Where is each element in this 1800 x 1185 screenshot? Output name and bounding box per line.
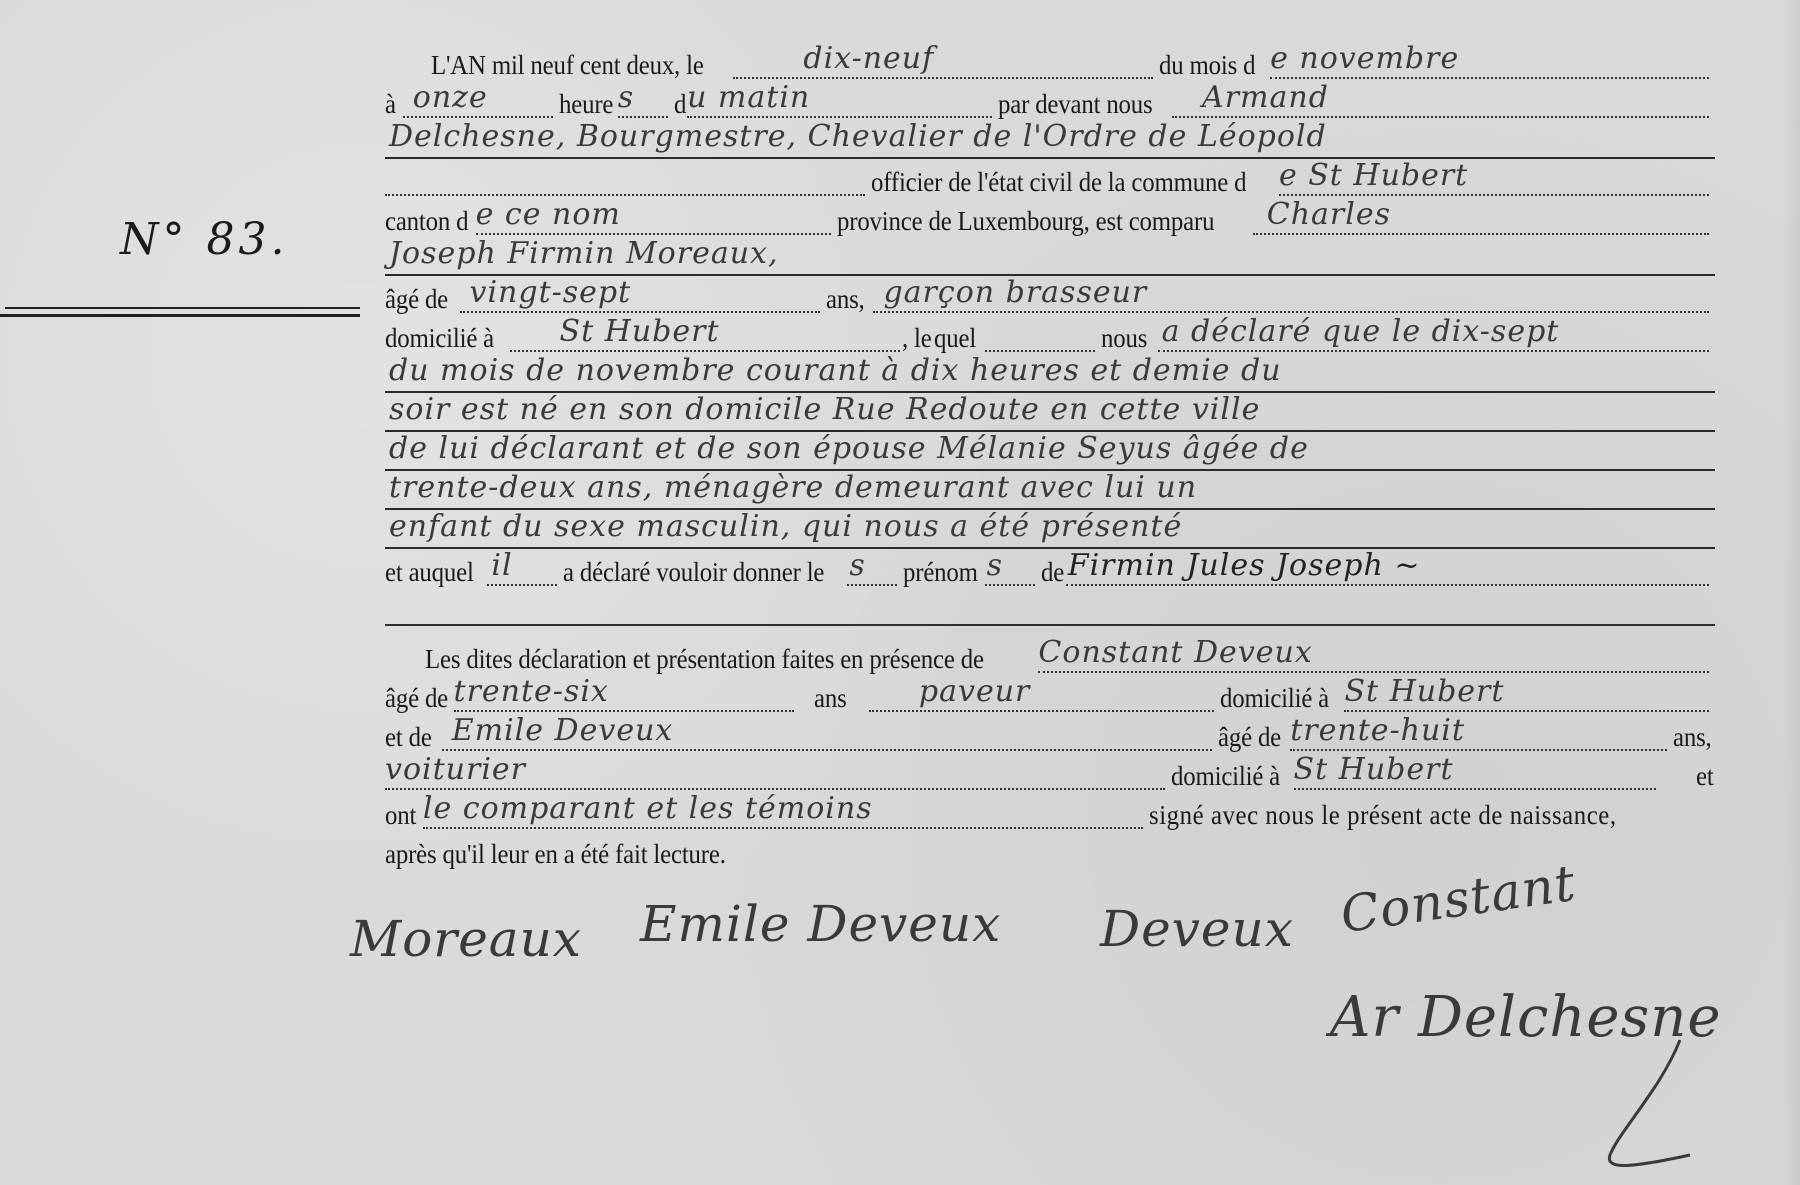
field-pronoun[interactable]: il <box>487 545 557 586</box>
handwritten-officer-first: Armand <box>1172 83 1339 116</box>
handwritten-witness-1-profession: paveur <box>869 677 1040 710</box>
handwritten-witness-2-age: trente-huit <box>1290 716 1475 749</box>
printed-text: , le <box>902 325 932 352</box>
register-number: N° 83. <box>120 214 288 265</box>
field-declarant-profession[interactable]: garçon brasseur <box>873 272 1709 313</box>
printed-text: et auquel <box>385 559 474 586</box>
handwritten-declaration-start: a déclaré que le dix-sept <box>1158 317 1570 350</box>
line-declarant-age: âgé de vingt-sept ans, garçon brasseur <box>385 274 1715 313</box>
printed-text: par devant nous <box>998 91 1153 118</box>
field-officer-first[interactable]: Armand <box>1172 77 1709 118</box>
line-hour: à onze heure s d u matin par devant nous… <box>385 79 1715 118</box>
signature-witness-2: Emile Deveux <box>640 895 1001 953</box>
printed-text: officier de l'état civil de la commune d <box>871 169 1246 196</box>
line-declaration-4[interactable]: trente-deux ans, ménagère demeurant avec… <box>385 469 1715 510</box>
printed-text: ont <box>385 802 416 829</box>
handwritten-pronoun: il <box>487 551 522 584</box>
line-commune: officier de l'état civil de la commune d… <box>385 157 1715 196</box>
printed-text: canton d <box>385 208 468 235</box>
handwritten-declaration-3: de lui déclarant et de son épouse Mélani… <box>385 431 1319 469</box>
printed-text: ans, <box>1673 724 1712 751</box>
handwritten-witness-2-profession: voiturier <box>385 755 536 788</box>
handwritten-declaration-1: du mois de novembre courant à dix heures… <box>385 353 1292 391</box>
line-witness-2: et de Emile Deveux âgé de trente-huit an… <box>385 712 1715 751</box>
field-commune[interactable]: e St Hubert <box>1279 155 1709 196</box>
field-officer-continued[interactable] <box>385 155 865 196</box>
field-declarant-age[interactable]: vingt-sept <box>460 272 820 313</box>
printed-text: ans, <box>826 286 865 313</box>
field-declarant-domicile[interactable]: St Hubert <box>510 311 900 352</box>
page-edge-shadow <box>1782 0 1800 1185</box>
printed-text: et de <box>385 724 432 751</box>
handwritten-period: u matin <box>687 83 820 116</box>
printed-text: domicilié à <box>1220 685 1329 712</box>
field-witness-2-domicile[interactable]: St Hubert <box>1294 749 1656 790</box>
margin-double-rule-top <box>5 307 360 309</box>
handwritten-declarant-age: vingt-sept <box>460 278 642 311</box>
handwritten-declaration-5: enfant du sexe masculin, qui nous a été … <box>385 509 1192 547</box>
printed-text: domicilié à <box>385 325 494 352</box>
field-hour[interactable]: onze <box>403 77 553 118</box>
field-witness-2-profession[interactable]: voiturier <box>385 749 1165 790</box>
field-witness-1-profession[interactable]: paveur <box>869 671 1214 712</box>
field-canton[interactable]: e ce nom <box>476 194 831 235</box>
margin-double-rule-bottom <box>0 314 360 317</box>
field-signers[interactable]: le comparant et les témoins <box>423 788 1143 829</box>
field-plural-1[interactable]: s <box>847 545 897 586</box>
field-witness-1-age[interactable]: trente-six <box>454 671 794 712</box>
printed-text: a déclaré vouloir donner le <box>563 559 824 586</box>
handwritten-month: e novembre <box>1270 44 1469 77</box>
printed-text: prénom <box>903 559 978 586</box>
signature-witness-1-surname: Deveux <box>1100 900 1294 958</box>
field-declaration-start[interactable]: a déclaré que le dix-sept <box>1158 311 1709 352</box>
printed-text: âgé de <box>385 685 448 712</box>
handwritten-officer-title: Delchesne, Bourgmestre, Chevalier de l'O… <box>385 119 1337 157</box>
field-witness-2[interactable]: Emile Deveux <box>442 710 1212 751</box>
line-declaration-2[interactable]: soir est né en son domicile Rue Redoute … <box>385 391 1715 432</box>
line-given-names: et auquel il a déclaré vouloir donner le… <box>385 547 1715 586</box>
printed-text: ans <box>814 685 847 712</box>
handwritten-declarant-profession: garçon brasseur <box>873 278 1157 311</box>
printed-text: heure <box>559 91 613 118</box>
field-day[interactable]: dix-neuf <box>733 38 1153 79</box>
printed-text: quel <box>934 325 976 352</box>
printed-text: Les dites déclaration et présentation fa… <box>425 646 984 673</box>
line-canton: canton d e ce nom province de Luxembourg… <box>385 196 1715 235</box>
handwritten-declarant-first: Charles <box>1253 200 1401 233</box>
line-witness-1: Les dites déclaration et présentation fa… <box>385 634 1715 673</box>
line-witness-2-details: voiturier domicilié à St Hubert et <box>385 751 1715 790</box>
handwritten-declaration-4: trente-deux ans, ménagère demeurant avec… <box>385 470 1207 508</box>
line-declaration-5[interactable]: enfant du sexe masculin, qui nous a été … <box>385 508 1715 549</box>
line-date: L'AN mil neuf cent deux, le dix-neuf du … <box>385 40 1715 79</box>
handwritten-canton: e ce nom <box>476 200 631 233</box>
handwritten-hour-suffix: s <box>618 83 638 116</box>
field-given-names[interactable]: Firmin Jules Joseph ~ <box>1066 545 1709 586</box>
printed-text: après qu'il leur en a été fait lecture. <box>385 841 726 868</box>
printed-text: domicilié à <box>1171 763 1280 790</box>
line-declaration-3[interactable]: de lui déclarant et de son épouse Mélani… <box>385 430 1715 471</box>
field-lequel[interactable] <box>985 311 1095 352</box>
printed-text: province de Luxembourg, est comparu <box>837 208 1214 235</box>
handwritten-witness-2: Emile Deveux <box>442 716 684 749</box>
field-period[interactable]: u matin <box>687 77 992 118</box>
field-declarant-first[interactable]: Charles <box>1253 194 1709 235</box>
signature-declarant: Moreaux <box>350 910 582 968</box>
register-number-label: N° <box>120 214 189 265</box>
printed-text: d <box>674 91 686 118</box>
line-signers: ont le comparant et les témoins signé av… <box>385 790 1715 829</box>
handwritten-witness-1-domicile: St Hubert <box>1344 677 1514 710</box>
handwritten-witness-2-domicile: St Hubert <box>1294 755 1464 788</box>
printed-text: âgé de <box>385 286 448 313</box>
field-hour-suffix[interactable]: s <box>618 77 668 118</box>
printed-text: à <box>385 91 396 118</box>
handwritten-witness-1-age: trente-six <box>454 677 619 710</box>
handwritten-witness-1: Constant Deveux <box>1038 638 1322 671</box>
handwritten-given-names: Firmin Jules Joseph ~ <box>1066 551 1431 584</box>
printed-text: L'AN mil neuf cent deux, le <box>431 52 704 79</box>
printed-text: nous <box>1101 325 1147 352</box>
line-declarant-domicile: domicilié à St Hubert , le quel nous a d… <box>385 313 1715 352</box>
handwritten-hour: onze <box>403 83 498 116</box>
handwritten-day: dix-neuf <box>733 44 944 77</box>
field-witness-1[interactable]: Constant Deveux <box>1038 632 1709 673</box>
printed-text: du mois d <box>1159 52 1255 79</box>
printed-text: signé avec nous le présent acte de naiss… <box>1149 802 1617 829</box>
birth-certificate-page: N° 83. L'AN mil neuf cent deux, le dix-n… <box>0 0 1800 1185</box>
signature-flourish-icon <box>1590 1030 1710 1180</box>
printed-text: de <box>1041 559 1064 586</box>
register-number-value: 83. <box>207 214 289 265</box>
line-officer-title[interactable]: Delchesne, Bourgmestre, Chevalier de l'O… <box>385 118 1715 159</box>
separator-rule <box>385 624 1715 626</box>
handwritten-commune: e St Hubert <box>1279 161 1478 194</box>
handwritten-plural-2: s <box>985 551 1003 584</box>
handwritten-declaration-2: soir est né en son domicile Rue Redoute … <box>385 392 1270 430</box>
line-declaration-1[interactable]: du mois de novembre courant à dix heures… <box>385 352 1715 393</box>
handwritten-declarant-domicile: St Hubert <box>510 317 730 350</box>
handwritten-declarant-name: Joseph Firmin Moreaux, <box>385 236 789 274</box>
field-month[interactable]: e novembre <box>1270 38 1709 79</box>
line-witness-1-details: âgé de trente-six ans paveur domicilié à… <box>385 673 1715 712</box>
field-witness-1-domicile[interactable]: St Hubert <box>1344 671 1709 712</box>
field-witness-2-age[interactable]: trente-huit <box>1290 710 1667 751</box>
handwritten-signers: le comparant et les témoins <box>423 794 883 827</box>
printed-text: âgé de <box>1218 724 1281 751</box>
printed-text: et <box>1696 763 1714 790</box>
field-plural-2[interactable]: s <box>985 545 1035 586</box>
handwritten-plural-1: s <box>847 551 865 584</box>
line-declarant-name[interactable]: Joseph Firmin Moreaux, <box>385 235 1715 276</box>
